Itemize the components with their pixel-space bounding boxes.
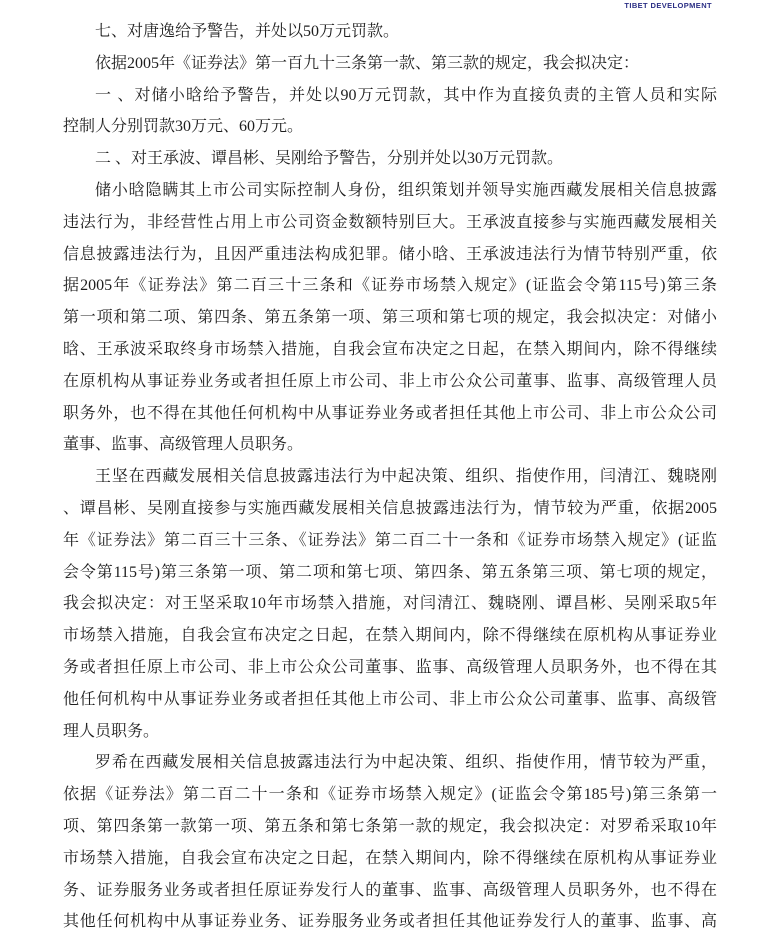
text-line: 理人员职务。 — [63, 716, 717, 748]
text-line: 年《证券法》第二百三十三条、《证券法》第二百二十一条和《证券市场禁入规定》(证监 — [63, 525, 717, 557]
text-line: 、谭昌彬、吴刚直接参与实施西藏发展相关信息披露违法行为，情节较为严重，依据200… — [63, 493, 717, 525]
text-line: 务或者担任原上市公司、非上市公众公司董事、监事、高级管理人员职务外，也不得在其 — [63, 652, 717, 684]
text-line: 二 、对王承波、谭昌彬、吴刚给予警告，分别并处以30万元罚款。 — [63, 143, 717, 175]
text-line: 据2005年《证券法》第二百三十三条和《证券市场禁入规定》(证监会令第115号)… — [63, 270, 717, 302]
text-line: 晗、王承波采取终身市场禁入措施，自我会宣布决定之日起，在禁入期间内，除不得继续 — [63, 334, 717, 366]
text-line: 市场禁入措施，自我会宣布决定之日起，在禁入期间内，除不得继续在原机构从事证券业 — [63, 620, 717, 652]
text-line: 违法行为，非经营性占用上市公司资金数额特别巨大。王承波直接参与实施西藏发展相关 — [63, 207, 717, 239]
text-line: 其他任何机构中从事证券业务、证券服务业务或者担任其他证券发行人的董事、监事、高 — [63, 906, 717, 938]
text-line: 董事、监事、高级管理人员职务。 — [63, 429, 717, 461]
text-line: 会令第115号)第三条第一项、第二项和第七项、第四条、第五条第三项、第七项的规定… — [63, 557, 717, 589]
text-line: 一 、对储小晗给予警告，并处以90万元罚款，其中作为直接负责的主管人员和实际 — [63, 80, 717, 112]
text-line: 储小晗隐瞒其上市公司实际控制人身份，组织策划并领导实施西藏发展相关信息披露 — [63, 175, 717, 207]
document-lines: 七、对唐逸给予警告，并处以50万元罚款。依据2005年《证券法》第一百九十三条第… — [63, 16, 717, 938]
text-line: 项、第四条第一款第一项、第五条和第七条第一款的规定，我会拟决定：对罗希采取10年 — [63, 811, 717, 843]
text-line: 他任何机构中从事证券业务或者担任其他上市公司、非上市公众公司董事、监事、高级管 — [63, 684, 717, 716]
text-line: 第一项和第二项、第四条、第五条第一项、第三项和第七项的规定，我会拟决定：对储小 — [63, 302, 717, 334]
company-logo-caption: TIBET DEVELOPMENT — [624, 1, 712, 10]
document-page: TIBET DEVELOPMENT 七、对唐逸给予警告，并处以50万元罚款。依据… — [0, 0, 780, 939]
text-line: 市场禁入措施，自我会宣布决定之日起，在禁入期间内，除不得继续在原机构从事证券业 — [63, 843, 717, 875]
text-line: 罗希在西藏发展相关信息披露违法行为中起决策、组织、指使作用，情节较为严重， — [63, 747, 717, 779]
text-line: 依据2005年《证券法》第一百九十三条第一款、第三款的规定，我会拟决定： — [63, 48, 717, 80]
text-line: 职务外，也不得在其他任何机构中从事证券业务或者担任其他上市公司、非上市公众公司 — [63, 398, 717, 430]
text-line: 依据《证券法》第二百二十一条和《证券市场禁入规定》(证监会令第185号)第三条第… — [63, 779, 717, 811]
text-line: 控制人分别罚款30万元、60万元。 — [63, 111, 717, 143]
text-line: 我会拟决定：对王坚采取10年市场禁入措施，对闫清江、魏晓刚、谭昌彬、吴刚采取5年 — [63, 588, 717, 620]
text-line: 七、对唐逸给予警告，并处以50万元罚款。 — [63, 16, 717, 48]
text-line: 在原机构从事证券业务或者担任原上市公司、非上市公众公司董事、监事、高级管理人员 — [63, 366, 717, 398]
text-line: 信息披露违法行为，且因严重违法构成犯罪。储小晗、王承波违法行为情节特别严重，依 — [63, 239, 717, 271]
text-line: 王坚在西藏发展相关信息披露违法行为中起决策、组织、指使作用，闫清江、魏晓刚 — [63, 461, 717, 493]
text-line: 务、证券服务业务或者担任原证券发行人的董事、监事、高级管理人员职务外，也不得在 — [63, 875, 717, 907]
